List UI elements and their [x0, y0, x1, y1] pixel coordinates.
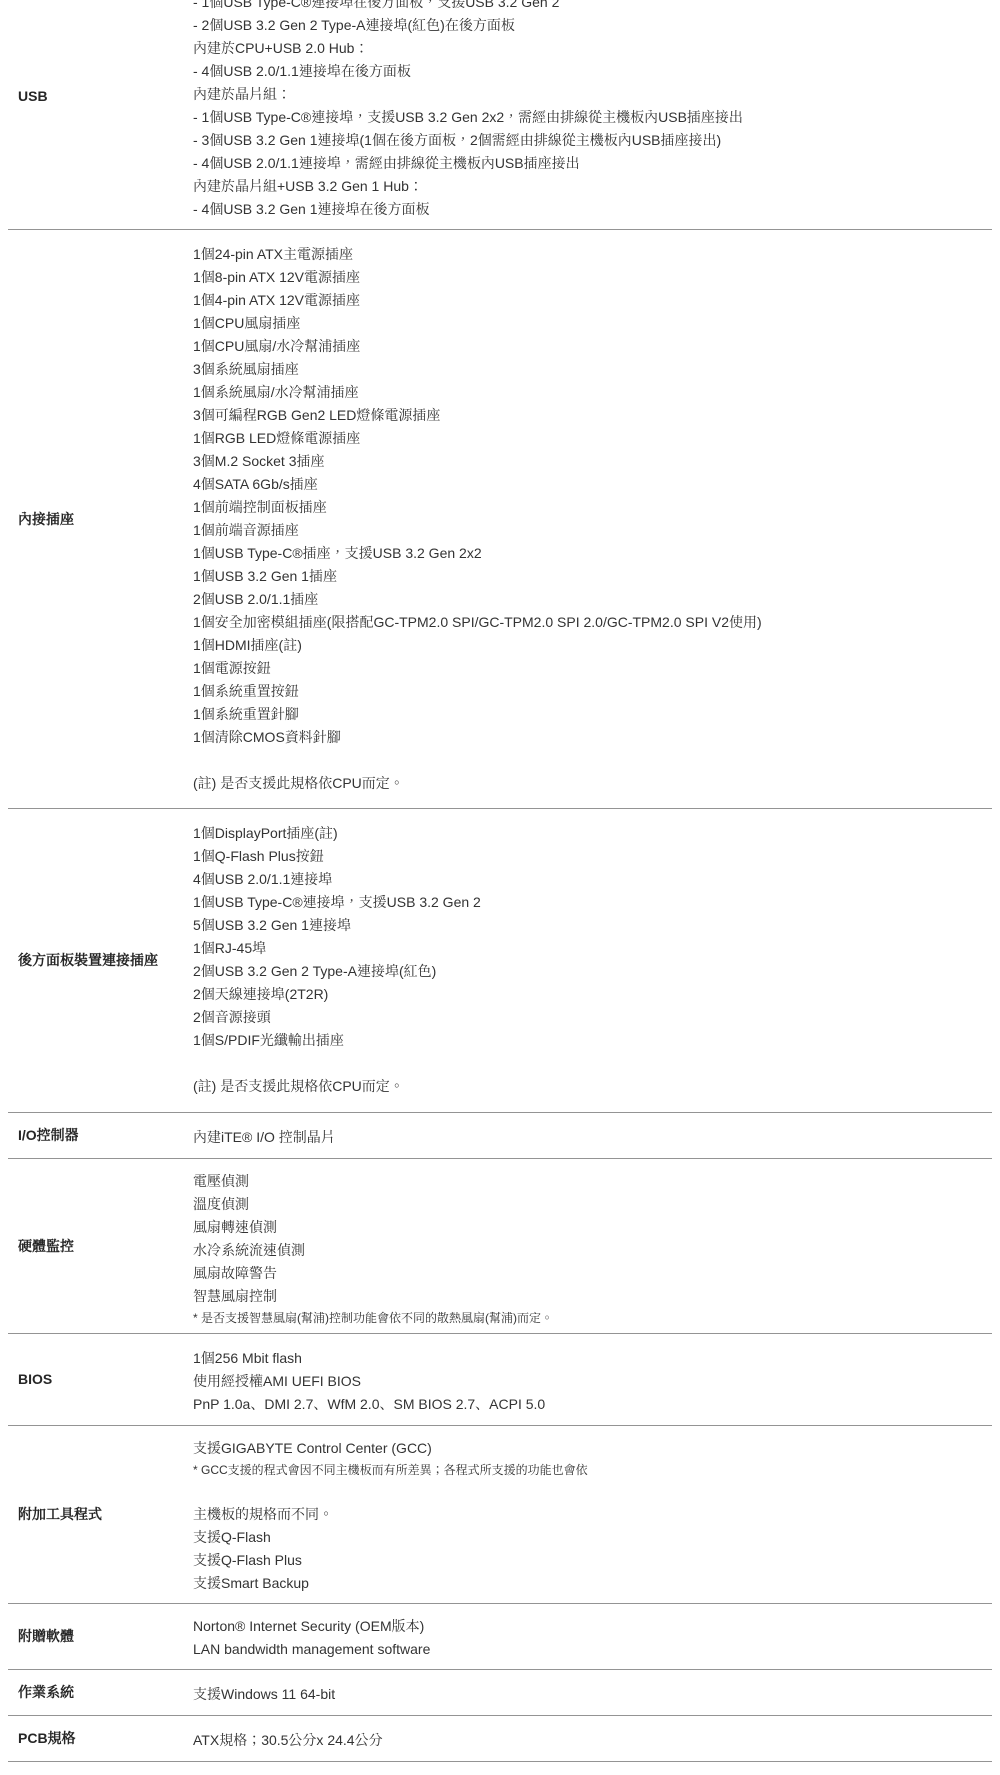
spec-line: 1個前端音源插座: [193, 519, 992, 542]
spec-line: LAN bandwidth management software: [193, 1638, 992, 1661]
spec-line: 水冷系統流速偵測: [193, 1239, 992, 1262]
spec-line: 1個USB Type-C®插座，支援USB 3.2 Gen 2x2: [193, 542, 992, 565]
spec-line: * 是否支援智慧風扇(幫浦)控制功能會依不同的散熱風扇(幫浦)而定。: [193, 1308, 992, 1328]
spec-row: 硬體監控電壓偵測溫度偵測風扇轉速偵測水冷系統流速偵測風扇故障警告智慧風扇控制* …: [8, 1159, 992, 1334]
spec-line: 1個HDMI插座(註): [193, 634, 992, 657]
spec-line: 1個系統重置按鈕: [193, 680, 992, 703]
spec-line: 支援Q-Flash: [193, 1526, 992, 1549]
spec-row-content: - 1個USB Type-C®連接埠在後方面板，支援USB 3.2 Gen 2-…: [193, 0, 992, 229]
spec-row-content: 1個24-pin ATX主電源插座1個8-pin ATX 12V電源插座1個4-…: [193, 230, 992, 808]
spec-line: Norton® Internet Security (OEM版本): [193, 1615, 992, 1638]
spec-row: 作業系統支援Windows 11 64-bit: [8, 1670, 992, 1716]
spec-line: - 1個USB Type-C®連接埠在後方面板，支援USB 3.2 Gen 2: [193, 0, 992, 14]
spec-row-label: BIOS: [8, 1368, 193, 1391]
spec-line: 1個256 Mbit flash: [193, 1347, 992, 1370]
spec-row-content: 內建iTE® I/O 控制晶片: [193, 1113, 992, 1158]
spec-line: 5個USB 3.2 Gen 1連接埠: [193, 914, 992, 937]
spec-line: 支援GIGABYTE Control Center (GCC): [193, 1437, 992, 1460]
spec-line: 1個系統風扇/水冷幫浦插座: [193, 381, 992, 404]
spec-row-content: 支援Windows 11 64-bit: [193, 1670, 992, 1715]
spec-line: 2個音源接頭: [193, 1006, 992, 1029]
spec-line: 1個清除CMOS資料針腳: [193, 726, 992, 749]
spec-line: * GCC支援的程式會因不同主機板而有所差異；各程式所支援的功能也會依: [193, 1460, 992, 1480]
spec-line: - 2個USB 3.2 Gen 2 Type-A連接埠(紅色)在後方面板: [193, 14, 992, 37]
spec-row-content: ATX規格；30.5公分x 24.4公分: [193, 1716, 992, 1761]
spec-row: PCB規格ATX規格；30.5公分x 24.4公分: [8, 1716, 992, 1762]
spec-row: BIOS1個256 Mbit flash使用經授權AMI UEFI BIOSPn…: [8, 1334, 992, 1426]
spec-line: 風扇故障警告: [193, 1262, 992, 1285]
spec-line: 2個天線連接埠(2T2R): [193, 983, 992, 1006]
spec-line: 內建iTE® I/O 控制晶片: [193, 1126, 992, 1149]
spec-row-content: 電壓偵測溫度偵測風扇轉速偵測水冷系統流速偵測風扇故障警告智慧風扇控制* 是否支援…: [193, 1159, 992, 1333]
spec-row-label: USB: [8, 0, 193, 108]
spec-line: 3個M.2 Socket 3插座: [193, 450, 992, 473]
spec-line: PnP 1.0a、DMI 2.7、WfM 2.0、SM BIOS 2.7、ACP…: [193, 1393, 992, 1416]
spec-row-label: 內接插座: [8, 508, 193, 531]
spec-line: 2個USB 3.2 Gen 2 Type-A連接埠(紅色): [193, 960, 992, 983]
spec-row-label: 硬體監控: [8, 1235, 193, 1258]
spec-line: 4個SATA 6Gb/s插座: [193, 473, 992, 496]
spec-row-label: PCB規格: [8, 1727, 193, 1750]
spec-line: 1個安全加密模組插座(限搭配GC-TPM2.0 SPI/GC-TPM2.0 SP…: [193, 611, 992, 634]
spec-row: 內接插座1個24-pin ATX主電源插座1個8-pin ATX 12V電源插座…: [8, 230, 992, 809]
spec-line: 內建於CPU+USB 2.0 Hub：: [193, 37, 992, 60]
spec-line: 3個系統風扇插座: [193, 358, 992, 381]
spec-row-label: 作業系統: [8, 1681, 193, 1704]
spec-line: 風扇轉速偵測: [193, 1216, 992, 1239]
spec-line: 1個USB 3.2 Gen 1插座: [193, 565, 992, 588]
spec-line: 內建於晶片組：: [193, 83, 992, 106]
spec-line: 支援Windows 11 64-bit: [193, 1683, 992, 1706]
spec-row: USB- 1個USB Type-C®連接埠在後方面板，支援USB 3.2 Gen…: [8, 0, 992, 230]
spec-blank-line: [193, 1052, 992, 1075]
spec-line: 1個USB Type-C®連接埠，支援USB 3.2 Gen 2: [193, 891, 992, 914]
spec-line: 支援Smart Backup: [193, 1572, 992, 1595]
spec-row: I/O控制器內建iTE® I/O 控制晶片: [8, 1113, 992, 1159]
spec-row: 後方面板裝置連接插座1個DisplayPort插座(註)1個Q-Flash Pl…: [8, 809, 992, 1113]
spec-row: 附贈軟體Norton® Internet Security (OEM版本)LAN…: [8, 1604, 992, 1670]
spec-row: 附加工具程式支援GIGABYTE Control Center (GCC)* G…: [8, 1426, 992, 1604]
spec-row-content: 支援GIGABYTE Control Center (GCC)* GCC支援的程…: [193, 1426, 992, 1603]
spec-line: 電壓偵測: [193, 1170, 992, 1193]
spec-row-label: 附加工具程式: [8, 1503, 193, 1526]
spec-line: (註) 是否支援此規格依CPU而定。: [193, 1075, 992, 1098]
spec-line: 1個24-pin ATX主電源插座: [193, 243, 992, 266]
spec-line: 4個USB 2.0/1.1連接埠: [193, 868, 992, 891]
spec-line: 1個電源按鈕: [193, 657, 992, 680]
spec-line: 1個DisplayPort插座(註): [193, 822, 992, 845]
spec-line: - 4個USB 2.0/1.1連接埠在後方面板: [193, 60, 992, 83]
spec-line: 1個S/PDIF光纖輸出插座: [193, 1029, 992, 1052]
spec-line: 1個RJ-45埠: [193, 937, 992, 960]
spec-blank-line: [193, 749, 992, 772]
spec-line: 支援Q-Flash Plus: [193, 1549, 992, 1572]
spec-line: 1個CPU風扇/水冷幫浦插座: [193, 335, 992, 358]
spec-line: 1個4-pin ATX 12V電源插座: [193, 289, 992, 312]
spec-line: 1個Q-Flash Plus按鈕: [193, 845, 992, 868]
spec-line: 1個CPU風扇插座: [193, 312, 992, 335]
spec-line: 2個USB 2.0/1.1插座: [193, 588, 992, 611]
spec-line: 主機板的規格而不同。: [193, 1503, 992, 1526]
spec-row-content: 1個DisplayPort插座(註)1個Q-Flash Plus按鈕4個USB …: [193, 809, 992, 1112]
spec-line: - 1個USB Type-C®連接埠，支援USB 3.2 Gen 2x2，需經由…: [193, 106, 992, 129]
spec-line: - 4個USB 3.2 Gen 1連接埠在後方面板: [193, 198, 992, 221]
spec-line: 智慧風扇控制: [193, 1285, 992, 1308]
spec-row-label: 附贈軟體: [8, 1625, 193, 1648]
spec-line: ATX規格；30.5公分x 24.4公分: [193, 1729, 992, 1752]
spec-line: 1個RGB LED燈條電源插座: [193, 427, 992, 450]
spec-line: (註) 是否支援此規格依CPU而定。: [193, 772, 992, 795]
spec-line: 1個8-pin ATX 12V電源插座: [193, 266, 992, 289]
spec-line: 3個可編程RGB Gen2 LED燈條電源插座: [193, 404, 992, 427]
spec-line: 1個系統重置針腳: [193, 703, 992, 726]
spec-line: 1個前端控制面板插座: [193, 496, 992, 519]
spec-line: - 4個USB 2.0/1.1連接埠，需經由排線從主機板內USB插座接出: [193, 152, 992, 175]
spec-line: - 3個USB 3.2 Gen 1連接埠(1個在後方面板，2個需經由排線從主機板…: [193, 129, 992, 152]
spec-row-label: I/O控制器: [8, 1124, 193, 1147]
spec-blank-line: [193, 1480, 992, 1503]
spec-row-content: Norton® Internet Security (OEM版本)LAN ban…: [193, 1604, 992, 1669]
spec-line: 溫度偵測: [193, 1193, 992, 1216]
spec-row-content: 1個256 Mbit flash使用經授權AMI UEFI BIOSPnP 1.…: [193, 1334, 992, 1425]
spec-line: 內建於晶片組+USB 3.2 Gen 1 Hub：: [193, 175, 992, 198]
spec-line: 使用經授權AMI UEFI BIOS: [193, 1370, 992, 1393]
spec-row-label: 後方面板裝置連接插座: [8, 949, 193, 972]
spec-table: USB- 1個USB Type-C®連接埠在後方面板，支援USB 3.2 Gen…: [8, 0, 992, 1762]
